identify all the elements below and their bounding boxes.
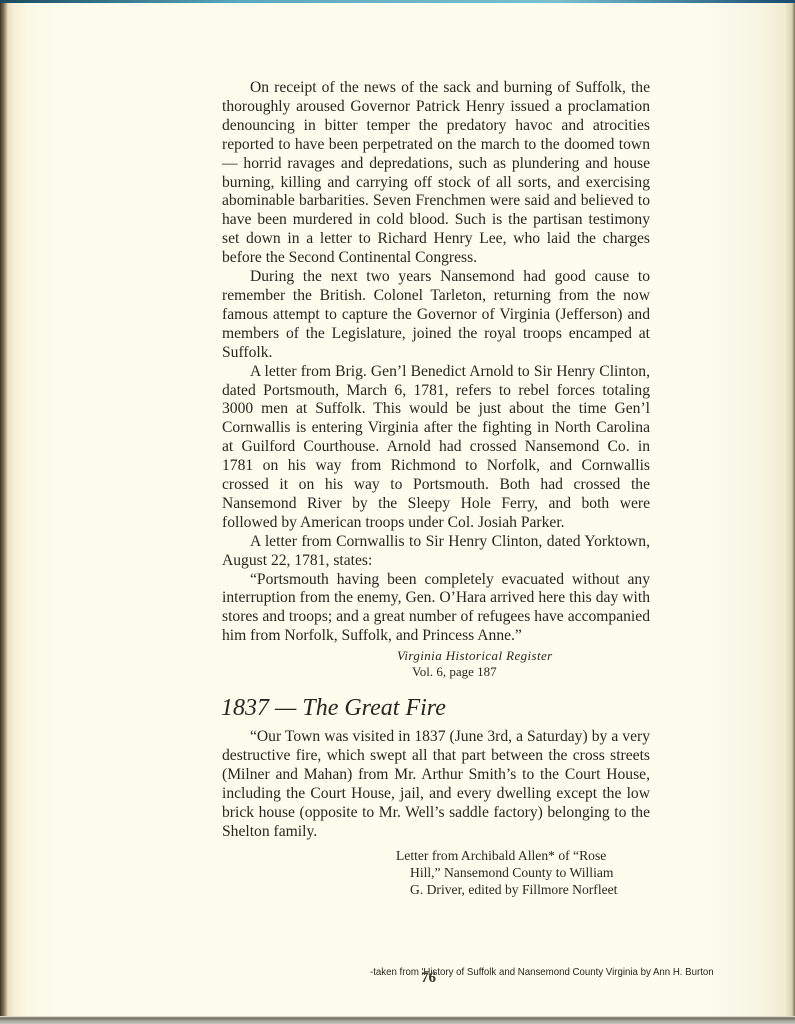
- paragraph-cornwallis-letter: A letter from Cornwallis to Sir Henry Cl…: [222, 533, 650, 571]
- section-heading-great-fire: 1837 — The Great Fire: [221, 694, 650, 722]
- page-body: On receipt of the news of the sack and b…: [222, 79, 650, 898]
- paragraph-tarleton: During the next two years Nansemond had …: [222, 268, 650, 363]
- citation-allen-letter: Letter from Archibald Allen* of “Rose Hi…: [396, 847, 656, 898]
- page-bottom-edge: [0, 1016, 795, 1024]
- citation-volume: Vol. 6, page 187: [412, 664, 650, 680]
- page-top-edge: [0, 0, 795, 3]
- citation-line-2: Hill,” Nansemond County to William: [396, 864, 656, 881]
- citation-virginia-register: Virginia Historical Register Vol. 6, pag…: [222, 648, 650, 680]
- citation-source: Virginia Historical Register: [397, 648, 650, 664]
- page-number: 76: [421, 970, 436, 987]
- citation-line-1: Letter from Archibald Allen* of “Rose: [396, 847, 656, 864]
- scanned-page: On receipt of the news of the sack and b…: [0, 0, 795, 1024]
- paragraph-great-fire-quote: “Our Town was visited in 1837 (June 3rd,…: [222, 728, 650, 841]
- paragraph-governor-henry: On receipt of the news of the sack and b…: [222, 79, 650, 268]
- paragraph-arnold-letter: A letter from Brig. Gen’l Benedict Arnol…: [222, 363, 650, 533]
- citation-line-3: G. Driver, edited by Fillmore Norfleet: [396, 881, 656, 898]
- paragraph-portsmouth-quote: “Portsmouth having been completely evacu…: [222, 571, 650, 647]
